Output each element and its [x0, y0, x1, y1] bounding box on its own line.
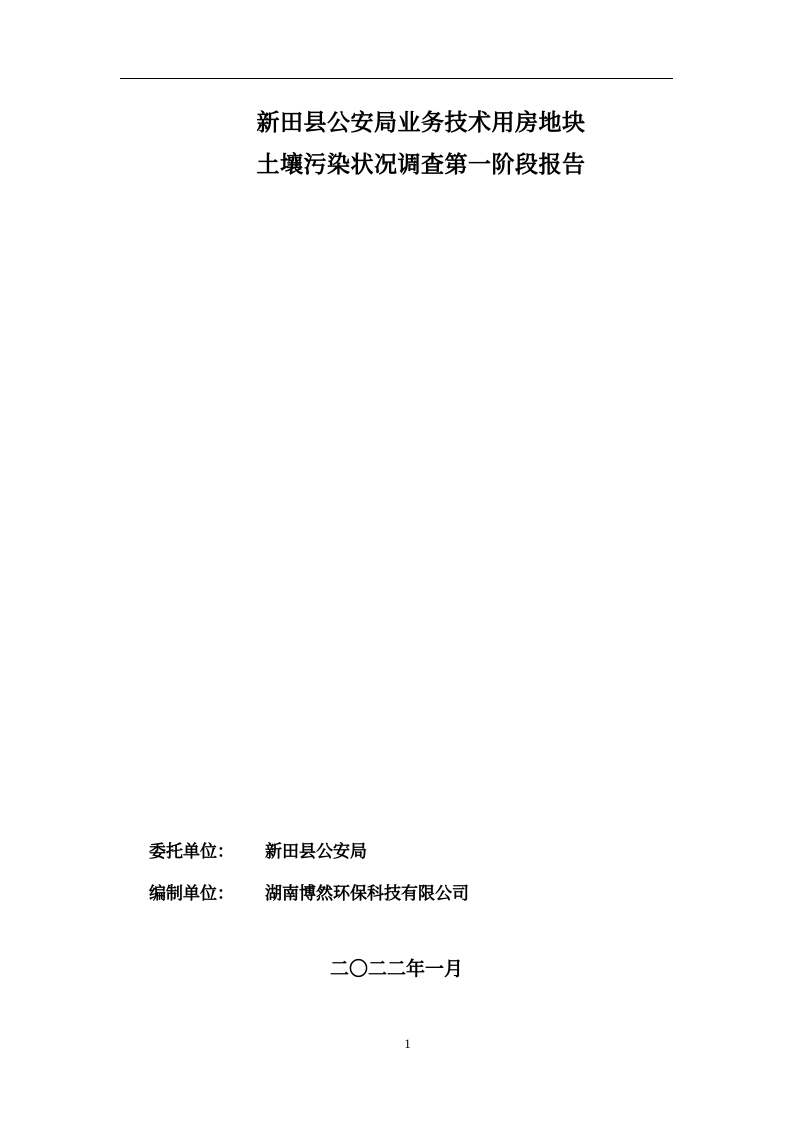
compiling-unit-row: 编制单位： 湖南博然环保科技有限公司	[149, 870, 469, 912]
report-date-text: 二〇二二年一月	[330, 954, 463, 981]
compiling-unit-label: 编制单位：	[149, 879, 265, 904]
page-number: 1	[0, 1036, 793, 1052]
commissioning-unit-row: 委托单位： 新田县公安局	[149, 828, 469, 870]
commissioning-unit-value: 新田县公安局	[265, 837, 367, 862]
compiling-unit-value: 湖南博然环保科技有限公司	[265, 879, 469, 904]
commissioning-unit-label: 委托单位：	[149, 837, 265, 862]
report-date: 二〇二二年一月	[0, 954, 793, 981]
organization-info: 委托单位： 新田县公安局 编制单位： 湖南博然环保科技有限公司	[149, 828, 469, 912]
header-rule	[120, 78, 673, 79]
report-title: 新田县公安局业务技术用房地块 土壤污染状况调查第一阶段报告	[0, 102, 793, 186]
title-line-2: 土壤污染状况调查第一阶段报告	[0, 144, 793, 186]
title-line-1: 新田县公安局业务技术用房地块	[0, 102, 793, 144]
